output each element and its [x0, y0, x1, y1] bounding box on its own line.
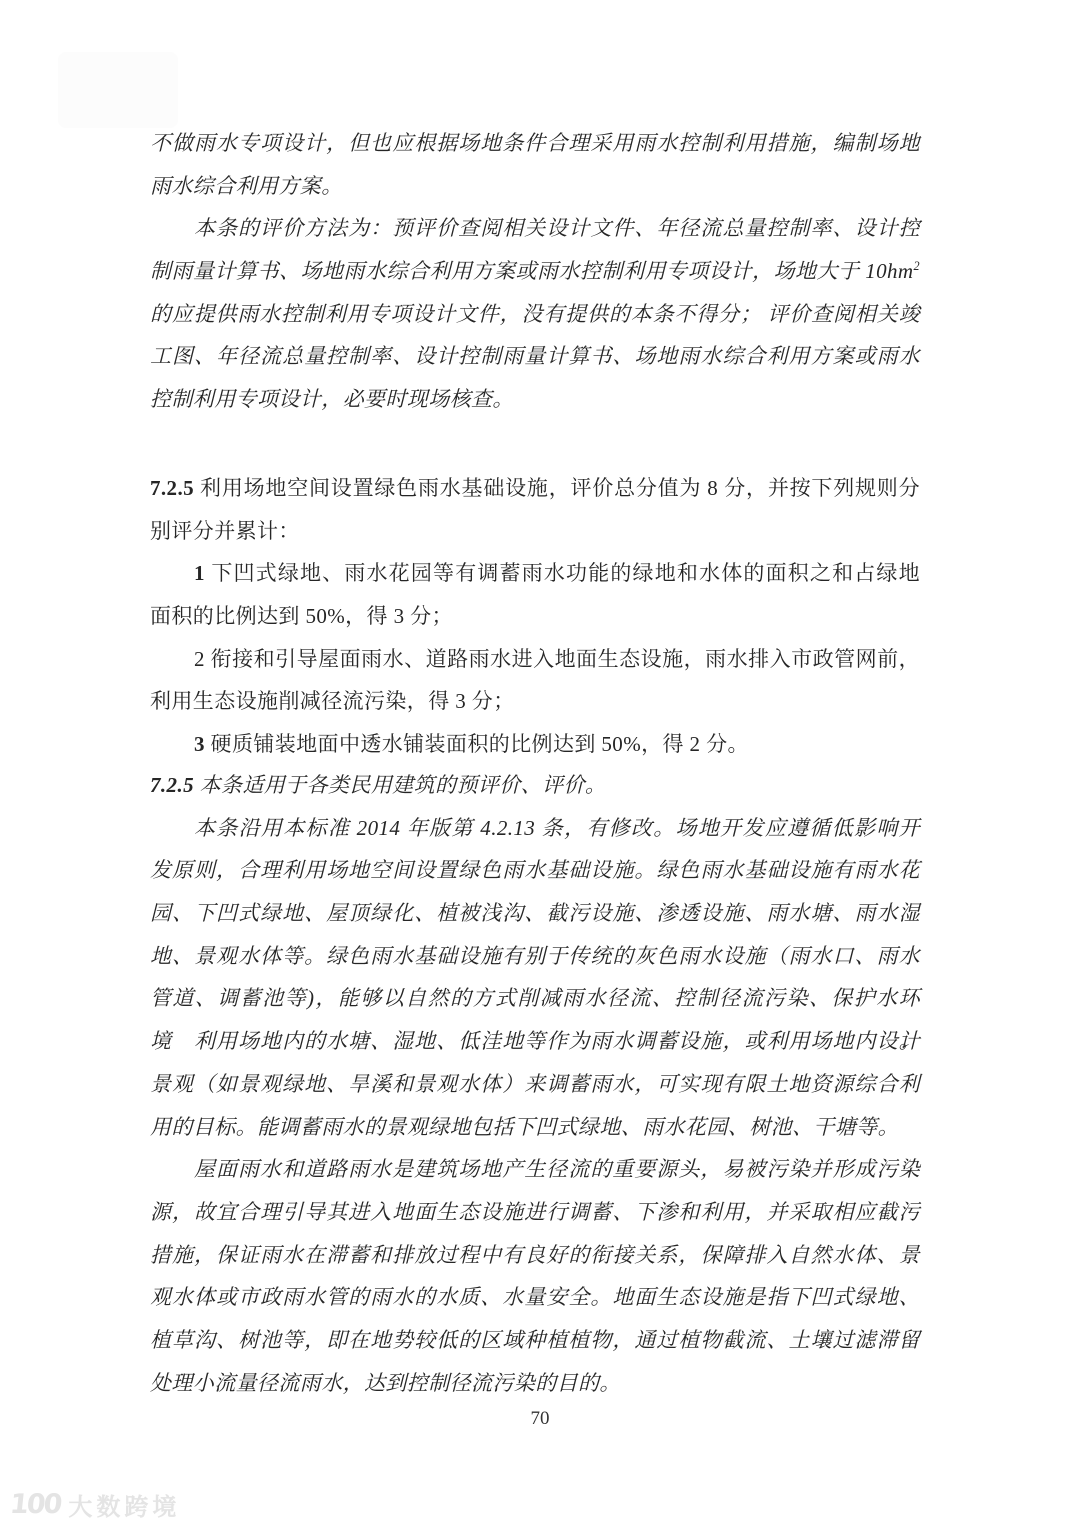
paragraph-block-clause-7-2-5: 7.2.5 利用场地空间设置绿色雨水基础设施，评价总分值为 8 分，并按下列规则…	[150, 467, 920, 766]
watermark-100-logo-icon: 100	[8, 1489, 62, 1520]
text-run: 面积的比例达到 50%，得 3 分；	[150, 604, 453, 628]
text-run: 控制利用专项设计，必要时现场核查。	[150, 387, 514, 411]
text-run: 用的目标。能调蓄雨水的景观绿地包括下凹式绿地、雨水花园、树池、干塘等。	[150, 1115, 899, 1139]
text-line: 地、景观水体等。绿色雨水基础设施有别于传统的灰色雨水设施（雨水口、雨水	[150, 935, 920, 978]
text-run: 硬质铺装地面中透水铺装面积的比例达到 50%，得 2 分。	[205, 732, 749, 756]
text-run: 不做雨水专项设计，但也应根据场地条件合理采用雨水控制利用措施，编制场地	[150, 131, 920, 155]
text-run: 利用生态设施削减径流污染，得 3 分；	[150, 689, 515, 713]
text-run: 雨水综合利用方案。	[150, 174, 343, 198]
text-run: 工图、年径流总量控制率、设计控制雨量计算书、场地雨水综合利用方案或雨水	[150, 344, 920, 368]
text-run: 发原则，合理利用场地空间设置绿色雨水基础设施。绿色雨水基础设施有雨水花	[150, 858, 920, 882]
text-run: 地、景观水体等。绿色雨水基础设施有别于传统的灰色雨水设施（雨水口、雨水	[150, 944, 920, 968]
text-line: 别评分并累计：	[150, 510, 920, 553]
text-line: 本条沿用本标准 2014 年版第 4.2.13 条，有修改。场地开发应遵循低影响…	[150, 807, 920, 850]
text-line: 园、下凹式绿地、屋顶绿化、植被浅沟、截污设施、渗透设施、雨水塘、雨水湿	[150, 892, 920, 935]
text-run: 措施，保证雨水在滞蓄和排放过程中有良好的衔接关系，保障排入自然水体、景	[150, 1243, 920, 1267]
text-run: 本条沿用本标准 2014 年版第 4.2.13 条，有修改。场地开发应遵循低影响…	[194, 816, 920, 840]
text-run: 2 衔接和引导屋面雨水、道路雨水进入地面生态设施，雨水排入市政管网前，	[194, 647, 920, 671]
text-run: 的应提供雨水控制利用专项设计文件，没有提供的本条不得分； 评价查阅相关竣	[150, 302, 920, 326]
text-line: 植草沟、树池等，即在地势较低的区域种植植物，通过植物截流、土壤过滤滞留	[150, 1319, 920, 1362]
document-page: 不做雨水专项设计，但也应根据场地条件合理采用雨水控制利用措施，编制场地雨水综合利…	[0, 0, 1080, 1527]
paragraph-block-commentary-tail: 不做雨水专项设计，但也应根据场地条件合理采用雨水控制利用措施，编制场地雨水综合利…	[150, 122, 920, 421]
text-line: 利用场地内的水塘、湿地、低洼地等作为雨水调蓄设施，或利用场地内设计	[150, 1020, 920, 1063]
text-run: 利用场地空间设置绿色雨水基础设施，评价总分值为 8 分，并按下列规则分	[194, 476, 920, 500]
text-run: 利用场地内的水塘、湿地、低洼地等作为雨水调蓄设施，或利用场地内设计	[194, 1029, 920, 1053]
text-run: 植草沟、树池等，即在地势较低的区域种植植物，通过植物截流、土壤过滤滞留	[150, 1328, 920, 1352]
text-run: 本条适用于各类民用建筑的预评价、评价。	[194, 773, 606, 797]
text-run: 屋面雨水和道路雨水是建筑场地产生径流的重要源头，易被污染并形成污染	[194, 1157, 920, 1181]
text-line: 1 下凹式绿地、雨水花园等有调蓄雨水功能的绿地和水体的面积之和占绿地	[150, 552, 920, 595]
clause-number: 1	[194, 561, 205, 585]
clause-number: 7.2.5	[150, 476, 194, 500]
text-line: 3 硬质铺装地面中透水铺装面积的比例达到 50%，得 2 分。	[150, 723, 920, 766]
text-run: 本条的评价方法为：预评价查阅相关设计文件、年径流总量控制率、设计控	[194, 216, 920, 240]
text-run: 景观（如景观绿地、旱溪和景观水体）来调蓄雨水，可实现有限土地资源综合利	[150, 1072, 920, 1096]
superscript: 2	[914, 259, 921, 273]
text-run: 别评分并累计：	[150, 519, 300, 543]
text-run: 园、下凹式绿地、屋顶绿化、植被浅沟、截污设施、渗透设施、雨水塘、雨水湿	[150, 901, 920, 925]
text-line: 管道、调蓄池等)，能够以自然的方式削减雨水径流、控制径流污染、保护水环境。	[150, 977, 920, 1020]
text-run: 观水体或市政雨水管的雨水的水质、水量安全。地面生态设施是指下凹式绿地、	[150, 1285, 920, 1309]
text-line: 源，故宜合理引导其进入地面生态设施进行调蓄、下渗和利用，并采取相应截污	[150, 1191, 920, 1234]
text-line: 面积的比例达到 50%，得 3 分；	[150, 595, 920, 638]
text-line: 7.2.5 本条适用于各类民用建筑的预评价、评价。	[150, 764, 920, 807]
text-line: 工图、年径流总量控制率、设计控制雨量计算书、场地雨水综合利用方案或雨水	[150, 335, 920, 378]
text-line: 本条的评价方法为：预评价查阅相关设计文件、年径流总量控制率、设计控	[150, 207, 920, 250]
text-line: 处理小流量径流雨水，达到控制径流污染的目的。	[150, 1362, 920, 1405]
text-run: 源，故宜合理引导其进入地面生态设施进行调蓄、下渗和利用，并采取相应截污	[150, 1200, 920, 1224]
text-line: 7.2.5 利用场地空间设置绿色雨水基础设施，评价总分值为 8 分，并按下列规则…	[150, 467, 920, 510]
text-line: 控制利用专项设计，必要时现场核查。	[150, 378, 920, 421]
scan-smudge	[58, 52, 178, 128]
text-line: 制雨量计算书、场地雨水综合利用方案或雨水控制利用专项设计，场地大于 10hm2	[150, 250, 920, 293]
clause-number: 3	[194, 732, 205, 756]
text-line: 的应提供雨水控制利用专项设计文件，没有提供的本条不得分； 评价查阅相关竣	[150, 293, 920, 336]
text-line: 利用生态设施削减径流污染，得 3 分；	[150, 680, 920, 723]
text-line: 措施，保证雨水在滞蓄和排放过程中有良好的衔接关系，保障排入自然水体、景	[150, 1234, 920, 1277]
text-line: 雨水综合利用方案。	[150, 165, 920, 208]
text-line: 2 衔接和引导屋面雨水、道路雨水进入地面生态设施，雨水排入市政管网前，	[150, 638, 920, 681]
text-line: 用的目标。能调蓄雨水的景观绿地包括下凹式绿地、雨水花园、树池、干塘等。	[150, 1106, 920, 1149]
text-line: 不做雨水专项设计，但也应根据场地条件合理采用雨水控制利用措施，编制场地	[150, 122, 920, 165]
page-number: 70	[0, 1408, 1080, 1430]
text-line: 发原则，合理利用场地空间设置绿色雨水基础设施。绿色雨水基础设施有雨水花	[150, 849, 920, 892]
text-line: 屋面雨水和道路雨水是建筑场地产生径流的重要源头，易被污染并形成污染	[150, 1148, 920, 1191]
text-line: 观水体或市政雨水管的雨水的水质、水量安全。地面生态设施是指下凹式绿地、	[150, 1276, 920, 1319]
text-run: 下凹式绿地、雨水花园等有调蓄雨水功能的绿地和水体的面积之和占绿地	[205, 561, 920, 585]
text-line: 景观（如景观绿地、旱溪和景观水体）来调蓄雨水，可实现有限土地资源综合利	[150, 1063, 920, 1106]
clause-number: 7.2.5	[150, 773, 194, 797]
paragraph-block-commentary-7-2-5: 7.2.5 本条适用于各类民用建筑的预评价、评价。本条沿用本标准 2014 年版…	[150, 764, 920, 1404]
text-run: 制雨量计算书、场地雨水综合利用方案或雨水控制利用专项设计，场地大于 10hm	[150, 259, 914, 283]
text-run: 处理小流量径流雨水，达到控制径流污染的目的。	[150, 1371, 621, 1395]
watermark-brand-text: 大数跨境	[68, 1487, 180, 1522]
watermark: 100 大数跨境	[10, 1487, 180, 1522]
